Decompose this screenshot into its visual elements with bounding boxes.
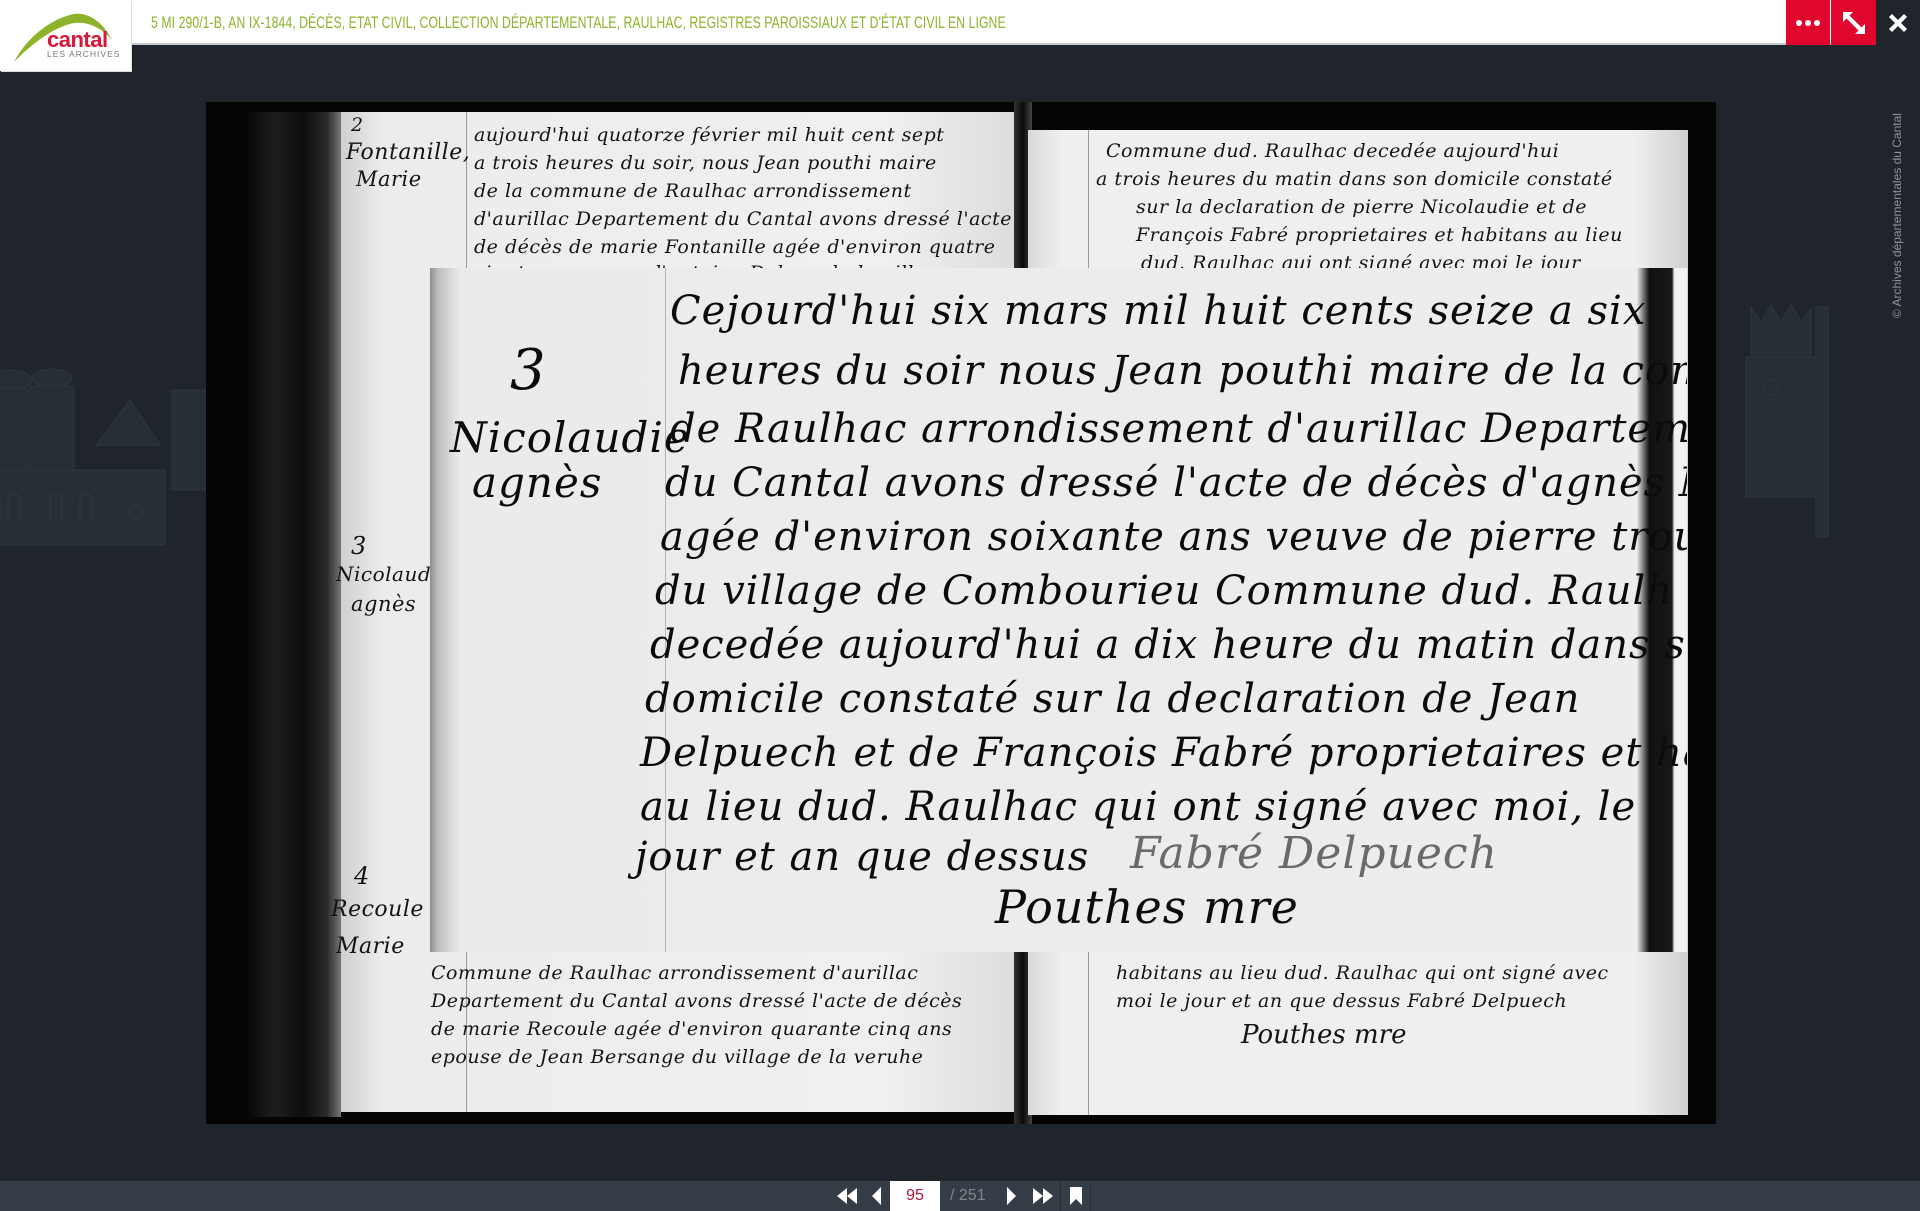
book-binding [246,112,341,1117]
fullscreen-button[interactable] [1831,0,1876,45]
decorative-background-art-left [0,320,206,550]
handwritten-line: Delpuech et de François Fabré proprietai… [640,730,1687,776]
margin-entry-name: Marie [336,934,405,959]
handwritten-line: a trois heures du matin dans son domicil… [1096,168,1613,190]
handwritten-line: a trois heures du soir, nous Jean pouthi… [474,152,937,174]
handwritten-line: de décès de marie Fontanille agée d'envi… [474,236,995,258]
handwritten-line: Cejourd'hui six mars mil huit cents seiz… [670,288,1646,334]
title-wrap: 5 MI 290/1-B, AN IX-1844, DÉCÈS, ETAT CI… [151,13,1451,35]
margin-entry-number: 3 [351,532,367,560]
handwritten-line: Commune dud. Raulhac decedée aujourd'hui [1106,140,1559,162]
handwritten-line: Departement du Cantal avons dressé l'act… [431,990,962,1012]
entry-number: 3 [510,338,547,403]
handwritten-line: de Raulhac arrondissement d'aurillac Dep… [670,406,1687,452]
handwritten-line: moi le jour et an que dessus Fabré Delpu… [1116,990,1567,1012]
magnifier-lens[interactable]: 3 Nicolaudie agnès Cejourd'hui six mars … [430,268,1687,952]
first-page-icon [835,1186,859,1206]
close-button[interactable] [1876,0,1920,45]
handwritten-line: Commune de Raulhac arrondissement d'auri… [431,962,918,984]
copyright-notice: © Archives départementales du Cantal [1890,113,1904,318]
margin-entry-number: 4 [354,862,370,890]
handwritten-line: habitans au lieu dud. Raulhac qui ont si… [1116,962,1609,984]
divider [1060,1181,1061,1211]
total-pages: / 251 [950,1187,986,1205]
more-dots-icon [1796,20,1820,26]
cantal-archives-logo[interactable]: cantal LES ARCHIVES [0,0,131,71]
handwritten-line: de marie Recoule agée d'environ quarante… [431,1018,952,1040]
close-x-icon [1886,11,1910,35]
last-page-icon [1031,1186,1055,1206]
first-page-button[interactable] [832,1181,862,1211]
handwritten-line: François Fabré proprietaires et habitans… [1136,224,1623,246]
expand-arrows-icon [1840,9,1868,37]
handwritten-line: aujourd'hui quatorze février mil huit ce… [474,124,944,146]
margin-entry-name: Marie [356,167,422,191]
mayor-signature: Pouthes mre [1241,1020,1407,1050]
divider [1090,1181,1091,1211]
current-page-input[interactable] [890,1181,940,1211]
entry-name: Nicolaudie [450,413,690,462]
margin-entry-name: agnès [351,592,416,616]
handwritten-line: de la commune de Raulhac arrondissement [474,180,912,202]
mayor-signature: Pouthes mre [995,880,1299,934]
handwritten-line: sur la declaration de pierre Nicolaudie … [1136,196,1587,218]
previous-page-button[interactable] [864,1181,888,1211]
handwritten-line: domicile constaté sur la declaration de … [645,676,1580,722]
bookmark-icon [1069,1186,1083,1206]
previous-page-icon [870,1186,882,1206]
more-options-button[interactable] [1786,0,1830,45]
handwritten-line: heures du soir nous Jean pouthi maire de… [678,348,1687,394]
handwritten-line: epouse de Jean Bersange du village de la… [431,1046,923,1068]
handwritten-line: decedée aujourd'hui a dix heure du matin… [650,622,1687,668]
handwritten-line: jour et an que dessus [635,834,1089,880]
last-page-button[interactable] [1028,1181,1058,1211]
next-page-button[interactable] [1000,1181,1024,1211]
margin-entry-name: Fontanille, [346,140,470,165]
header-bar: 5 MI 290/1-B, AN IX-1844, DÉCÈS, ETAT CI… [0,0,1920,45]
document-title: 5 MI 290/1-B, AN IX-1844, DÉCÈS, ETAT CI… [151,13,1006,33]
bookmark-button[interactable] [1062,1181,1090,1211]
handwritten-line: au lieu dud. Raulhac qui ont signé avec … [640,784,1636,830]
decorative-background-art-right [1716,297,1846,547]
next-page-icon [1006,1186,1018,1206]
handwritten-line: agée d'environ soixante ans veuve de pie… [660,514,1687,560]
margin-entry-number: 2 [351,114,364,136]
logo-subtitle: LES ARCHIVES [47,49,120,59]
handwritten-line: du village de Combourieu Commune dud. Ra… [655,568,1673,614]
page-navigation-bar: / 251 [0,1181,1920,1211]
entry-name: agnès [472,458,602,507]
handwritten-line: du Cantal avons dressé l'acte de décès d… [665,460,1687,506]
handwritten-line: d'aurillac Departement du Cantal avons d… [474,208,1012,230]
witness-signatures: Fabré Delpuech [1130,828,1498,879]
margin-entry-name: Recoule [331,897,424,922]
archive-viewer: 5 MI 290/1-B, AN IX-1844, DÉCÈS, ETAT CI… [0,0,1920,1211]
